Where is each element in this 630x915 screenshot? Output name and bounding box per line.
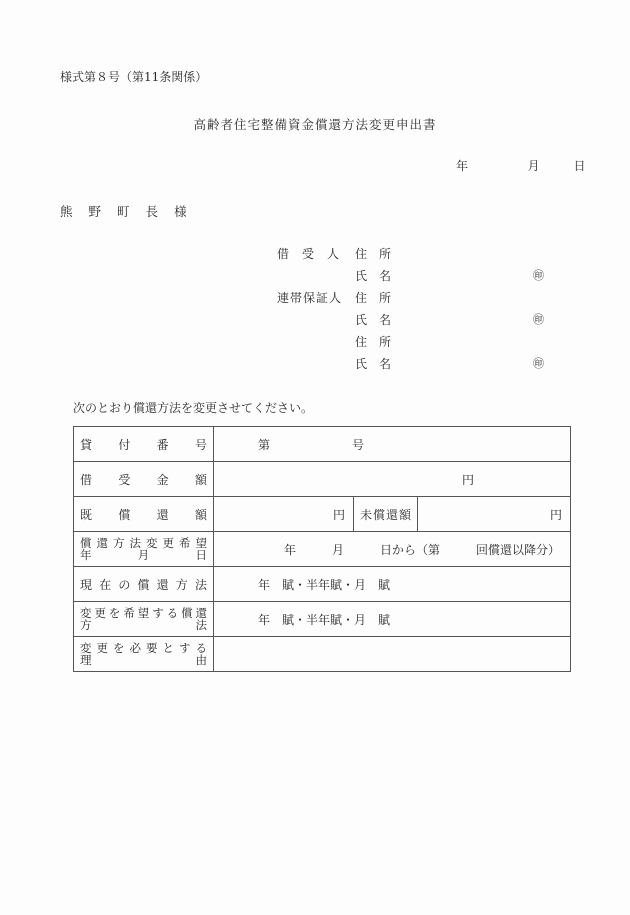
guarantor-label: 連帯保証人 [277,289,342,306]
unpaid-amount-field[interactable]: 円 [418,497,571,532]
borrower-address-label: 住 所 [355,245,391,262]
reason-label: 変更を必要とする 理由 [74,637,214,672]
guarantor2-address-label: 住 所 [355,333,391,350]
table-row-desired-method: 変更を希望する償還 方法 年 賦・半年賦・月 賦 [74,602,571,637]
repaid-amount-field[interactable]: 円 [214,497,354,532]
date-line: 年 月 日 [456,157,586,174]
desired-method-label: 変更を希望する償還 方法 [74,602,214,637]
borrower-name-label: 氏 名 [355,267,391,284]
change-date-label: 償還方法変更希望 年月日 [74,532,214,567]
table-row-repaid-amount: 既償還額 円 未償還額 円 [74,497,571,532]
borrower-seal-mark: ㊞ [533,267,544,283]
desired-method-options[interactable]: 年 賦・半年賦・月 賦 [214,602,571,637]
table-row-reason: 変更を必要とする 理由 [74,637,571,672]
addressee: 熊野町長様 [60,202,187,220]
loan-number-label: 貸付番号 [74,427,214,462]
loan-number-field[interactable]: 第号 [214,427,571,462]
borrowed-amount-field[interactable]: 円 [214,462,571,497]
reason-field[interactable] [214,637,571,672]
date-year: 年 [456,157,468,174]
change-date-field[interactable]: 年 月 日から（第 回償還以降分） [214,532,571,567]
document-title: 高齢者住宅整備資金償還方法変更申出書 [0,115,630,133]
guarantor1-seal-mark: ㊞ [533,311,544,327]
guarantor2-name-label: 氏 名 [355,355,391,372]
repaid-amount-label: 既償還額 [74,497,214,532]
table-row-current-method: 現在の償還方法 年 賦・半年賦・月 賦 [74,567,571,602]
application-table: 貸付番号 第号 借受金額 円 既償還額 円 未償還額 円 償還方法変更希望 年月… [73,426,571,672]
table-row-borrowed-amount: 借受金額 円 [74,462,571,497]
current-method-label: 現在の償還方法 [74,567,214,602]
table-row-change-date: 償還方法変更希望 年月日 年 月 日から（第 回償還以降分） [74,532,571,567]
current-method-options[interactable]: 年 賦・半年賦・月 賦 [214,567,571,602]
intro-text: 次のとおり償還方法を変更させてください。 [73,399,313,416]
borrowed-amount-label: 借受金額 [74,462,214,497]
date-month: 月 [528,157,540,174]
table-row-loan-number: 貸付番号 第号 [74,427,571,462]
date-day: 日 [574,157,586,174]
unpaid-amount-label: 未償還額 [354,497,418,532]
guarantor1-name-label: 氏 名 [355,311,391,328]
borrower-label: 借受人 [277,245,339,262]
guarantor1-address-label: 住 所 [355,289,391,306]
guarantor2-seal-mark: ㊞ [533,355,544,371]
form-number: 様式第８号（第11条関係） [60,68,207,85]
